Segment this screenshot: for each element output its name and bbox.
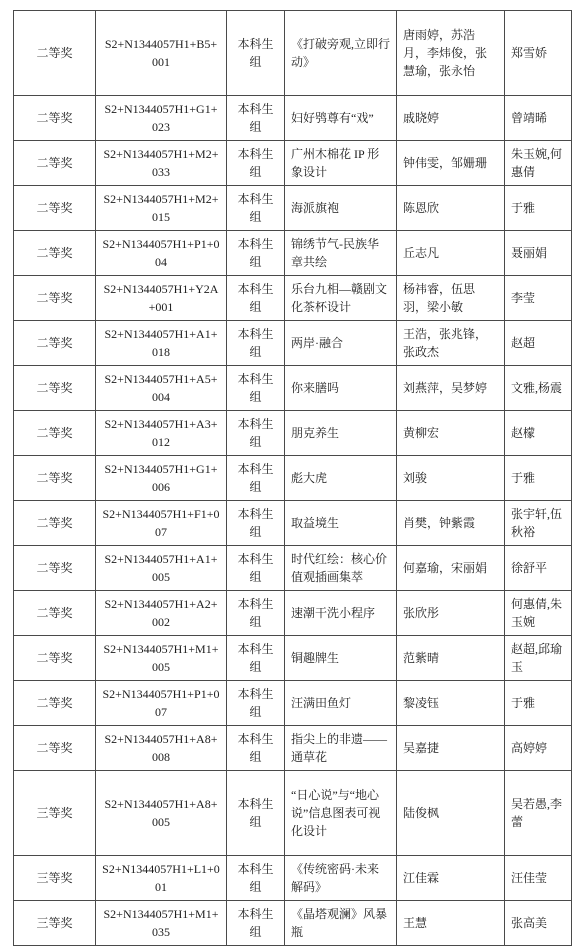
advisor-cell: 曾靖晞 xyxy=(505,96,572,141)
table-row: 三等奖S2+N1344057H1+M1+035本科生组《晶塔观澜》风暴瓶王慧张高… xyxy=(14,901,572,946)
authors-cell: 王慧 xyxy=(397,901,505,946)
award-cell: 二等奖 xyxy=(14,411,96,456)
group-cell: 本科生组 xyxy=(227,501,285,546)
award-cell: 二等奖 xyxy=(14,501,96,546)
authors-cell: 唐雨婷，苏浩月，李炜俊，张慧瑜，张永怡 xyxy=(397,11,505,96)
advisor-cell: 张宇轩,伍秋裕 xyxy=(505,501,572,546)
award-cell: 二等奖 xyxy=(14,591,96,636)
advisor-cell: 于雅 xyxy=(505,186,572,231)
advisor-cell: 朱玉婉,何惠倩 xyxy=(505,141,572,186)
award-cell: 二等奖 xyxy=(14,366,96,411)
table-row: 二等奖S2+N1344057H1+A1+005本科生组时代红绘：核心价值观插画集… xyxy=(14,546,572,591)
work-title-cell: 朋克养生 xyxy=(285,411,397,456)
entry-code-cell: S2+N1344057H1+A1+005 xyxy=(96,546,227,591)
work-title-cell: 指尖上的非遗——通草花 xyxy=(285,726,397,771)
table-row: 二等奖S2+N1344057H1+P1+004本科生组锦绣节气-民族华章共绘丘志… xyxy=(14,231,572,276)
authors-cell: 江佳霖 xyxy=(397,856,505,901)
group-cell: 本科生组 xyxy=(227,141,285,186)
award-cell: 三等奖 xyxy=(14,901,96,946)
group-cell: 本科生组 xyxy=(227,231,285,276)
group-cell: 本科生组 xyxy=(227,636,285,681)
award-cell: 二等奖 xyxy=(14,726,96,771)
advisor-cell: 郑雪娇 xyxy=(505,11,572,96)
table-row: 二等奖S2+N1344057H1+M1+005本科生组铜趣牌生范紫晴赵超,邱瑜玉 xyxy=(14,636,572,681)
entry-code-cell: S2+N1344057H1+G1+006 xyxy=(96,456,227,501)
work-title-cell: 海派旗袍 xyxy=(285,186,397,231)
work-title-cell: 广州木棉花 IP 形象设计 xyxy=(285,141,397,186)
table-row: 三等奖S2+N1344057H1+L1+001本科生组《传统密码·未来解码》江佳… xyxy=(14,856,572,901)
table-row: 二等奖S2+N1344057H1+M2+015本科生组海派旗袍陈恩欣于雅 xyxy=(14,186,572,231)
authors-cell: 刘燕萍，吴梦婷 xyxy=(397,366,505,411)
award-cell: 三等奖 xyxy=(14,856,96,901)
entry-code-cell: S2+N1344057H1+M2+015 xyxy=(96,186,227,231)
advisor-cell: 赵超,邱瑜玉 xyxy=(505,636,572,681)
entry-code-cell: S2+N1344057H1+M1+035 xyxy=(96,901,227,946)
advisor-cell: 汪佳莹 xyxy=(505,856,572,901)
table-row: 二等奖S2+N1344057H1+B5+001本科生组《打破旁观,立即行动》唐雨… xyxy=(14,11,572,96)
authors-cell: 陆俊枫 xyxy=(397,771,505,856)
entry-code-cell: S2+N1344057H1+A2+002 xyxy=(96,591,227,636)
award-cell: 二等奖 xyxy=(14,231,96,276)
group-cell: 本科生组 xyxy=(227,901,285,946)
table-row: 二等奖S2+N1344057H1+F1+007本科生组取益境生肖樊，钟紫霞张宇轩… xyxy=(14,501,572,546)
advisor-cell: 李莹 xyxy=(505,276,572,321)
authors-cell: 陈恩欣 xyxy=(397,186,505,231)
advisor-cell: 高婷婷 xyxy=(505,726,572,771)
advisor-cell: 文雅,杨震 xyxy=(505,366,572,411)
work-title-cell: 锦绣节气-民族华章共绘 xyxy=(285,231,397,276)
entry-code-cell: S2+N1344057H1+M1+005 xyxy=(96,636,227,681)
work-title-cell: “日心说”与“地心说”信息图表可视化设计 xyxy=(285,771,397,856)
work-title-cell: 妇好鸮尊有“戏” xyxy=(285,96,397,141)
advisor-cell: 吴若愚,李蕾 xyxy=(505,771,572,856)
group-cell: 本科生组 xyxy=(227,726,285,771)
advisor-cell: 赵超 xyxy=(505,321,572,366)
group-cell: 本科生组 xyxy=(227,591,285,636)
entry-code-cell: S2+N1344057H1+A8+005 xyxy=(96,771,227,856)
authors-cell: 戚晓婷 xyxy=(397,96,505,141)
authors-cell: 丘志凡 xyxy=(397,231,505,276)
authors-cell: 钟伟雯，邹姗珊 xyxy=(397,141,505,186)
authors-cell: 何嘉瑜，宋丽娟 xyxy=(397,546,505,591)
work-title-cell: 彪大虎 xyxy=(285,456,397,501)
entry-code-cell: S2+N1344057H1+G1+023 xyxy=(96,96,227,141)
authors-cell: 范紫晴 xyxy=(397,636,505,681)
advisor-cell: 何惠倩,朱玉婉 xyxy=(505,591,572,636)
group-cell: 本科生组 xyxy=(227,856,285,901)
table-row: 二等奖S2+N1344057H1+G1+006本科生组彪大虎刘骏于雅 xyxy=(14,456,572,501)
work-title-cell: 《晶塔观澜》风暴瓶 xyxy=(285,901,397,946)
award-cell: 二等奖 xyxy=(14,96,96,141)
entry-code-cell: S2+N1344057H1+A5+004 xyxy=(96,366,227,411)
advisor-cell: 于雅 xyxy=(505,456,572,501)
award-cell: 二等奖 xyxy=(14,321,96,366)
award-cell: 二等奖 xyxy=(14,186,96,231)
group-cell: 本科生组 xyxy=(227,411,285,456)
entry-code-cell: S2+N1344057H1+P1+007 xyxy=(96,681,227,726)
award-cell: 三等奖 xyxy=(14,771,96,856)
work-title-cell: 乐台九相—赣剧文化茶杯设计 xyxy=(285,276,397,321)
table-row: 二等奖S2+N1344057H1+P1+007本科生组汪满田鱼灯黎凌钰于雅 xyxy=(14,681,572,726)
entry-code-cell: S2+N1344057H1+L1+001 xyxy=(96,856,227,901)
authors-cell: 肖樊，钟紫霞 xyxy=(397,501,505,546)
table-row: 二等奖S2+N1344057H1+A5+004本科生组你来膳吗刘燕萍，吴梦婷文雅… xyxy=(14,366,572,411)
award-cell: 二等奖 xyxy=(14,456,96,501)
authors-cell: 黎凌钰 xyxy=(397,681,505,726)
award-cell: 二等奖 xyxy=(14,681,96,726)
award-cell: 二等奖 xyxy=(14,546,96,591)
advisor-cell: 于雅 xyxy=(505,681,572,726)
award-cell: 二等奖 xyxy=(14,141,96,186)
award-cell: 二等奖 xyxy=(14,636,96,681)
authors-cell: 杨祎睿，伍思羽，梁小敏 xyxy=(397,276,505,321)
entry-code-cell: S2+N1344057H1+A8+008 xyxy=(96,726,227,771)
entry-code-cell: S2+N1344057H1+Y2A+001 xyxy=(96,276,227,321)
entry-code-cell: S2+N1344057H1+B5+001 xyxy=(96,11,227,96)
table-row: 二等奖S2+N1344057H1+A2+002本科生组速潮干洗小程序张欣彤何惠倩… xyxy=(14,591,572,636)
group-cell: 本科生组 xyxy=(227,321,285,366)
awards-table-body: 二等奖S2+N1344057H1+B5+001本科生组《打破旁观,立即行动》唐雨… xyxy=(14,11,572,946)
work-title-cell: 《传统密码·未来解码》 xyxy=(285,856,397,901)
group-cell: 本科生组 xyxy=(227,11,285,96)
group-cell: 本科生组 xyxy=(227,546,285,591)
table-row: 二等奖S2+N1344057H1+M2+033本科生组广州木棉花 IP 形象设计… xyxy=(14,141,572,186)
work-title-cell: 两岸·融合 xyxy=(285,321,397,366)
work-title-cell: 时代红绘：核心价值观插画集萃 xyxy=(285,546,397,591)
table-row: 二等奖S2+N1344057H1+G1+023本科生组妇好鸮尊有“戏”戚晓婷曾靖… xyxy=(14,96,572,141)
table-row: 三等奖S2+N1344057H1+A8+005本科生组“日心说”与“地心说”信息… xyxy=(14,771,572,856)
document-page: 二等奖S2+N1344057H1+B5+001本科生组《打破旁观,立即行动》唐雨… xyxy=(0,0,584,761)
work-title-cell: 《打破旁观,立即行动》 xyxy=(285,11,397,96)
table-row: 二等奖S2+N1344057H1+A1+018本科生组两岸·融合王浩，张兆锋，张… xyxy=(14,321,572,366)
authors-cell: 黄柳宏 xyxy=(397,411,505,456)
group-cell: 本科生组 xyxy=(227,186,285,231)
advisor-cell: 张高美 xyxy=(505,901,572,946)
work-title-cell: 你来膳吗 xyxy=(285,366,397,411)
entry-code-cell: S2+N1344057H1+M2+033 xyxy=(96,141,227,186)
group-cell: 本科生组 xyxy=(227,681,285,726)
work-title-cell: 速潮干洗小程序 xyxy=(285,591,397,636)
award-cell: 二等奖 xyxy=(14,276,96,321)
advisor-cell: 徐舒平 xyxy=(505,546,572,591)
authors-cell: 张欣彤 xyxy=(397,591,505,636)
authors-cell: 王浩，张兆锋，张政杰 xyxy=(397,321,505,366)
work-title-cell: 取益境生 xyxy=(285,501,397,546)
authors-cell: 吴嘉捷 xyxy=(397,726,505,771)
work-title-cell: 汪满田鱼灯 xyxy=(285,681,397,726)
advisor-cell: 聂丽娟 xyxy=(505,231,572,276)
group-cell: 本科生组 xyxy=(227,366,285,411)
entry-code-cell: S2+N1344057H1+A3+012 xyxy=(96,411,227,456)
award-cell: 二等奖 xyxy=(14,11,96,96)
entry-code-cell: S2+N1344057H1+F1+007 xyxy=(96,501,227,546)
group-cell: 本科生组 xyxy=(227,771,285,856)
authors-cell: 刘骏 xyxy=(397,456,505,501)
group-cell: 本科生组 xyxy=(227,96,285,141)
group-cell: 本科生组 xyxy=(227,276,285,321)
entry-code-cell: S2+N1344057H1+P1+004 xyxy=(96,231,227,276)
table-row: 二等奖S2+N1344057H1+A8+008本科生组指尖上的非遗——通草花吴嘉… xyxy=(14,726,572,771)
entry-code-cell: S2+N1344057H1+A1+018 xyxy=(96,321,227,366)
awards-table: 二等奖S2+N1344057H1+B5+001本科生组《打破旁观,立即行动》唐雨… xyxy=(13,10,572,946)
work-title-cell: 铜趣牌生 xyxy=(285,636,397,681)
advisor-cell: 赵檬 xyxy=(505,411,572,456)
group-cell: 本科生组 xyxy=(227,456,285,501)
table-row: 二等奖S2+N1344057H1+A3+012本科生组朋克养生黄柳宏赵檬 xyxy=(14,411,572,456)
table-row: 二等奖S2+N1344057H1+Y2A+001本科生组乐台九相—赣剧文化茶杯设… xyxy=(14,276,572,321)
